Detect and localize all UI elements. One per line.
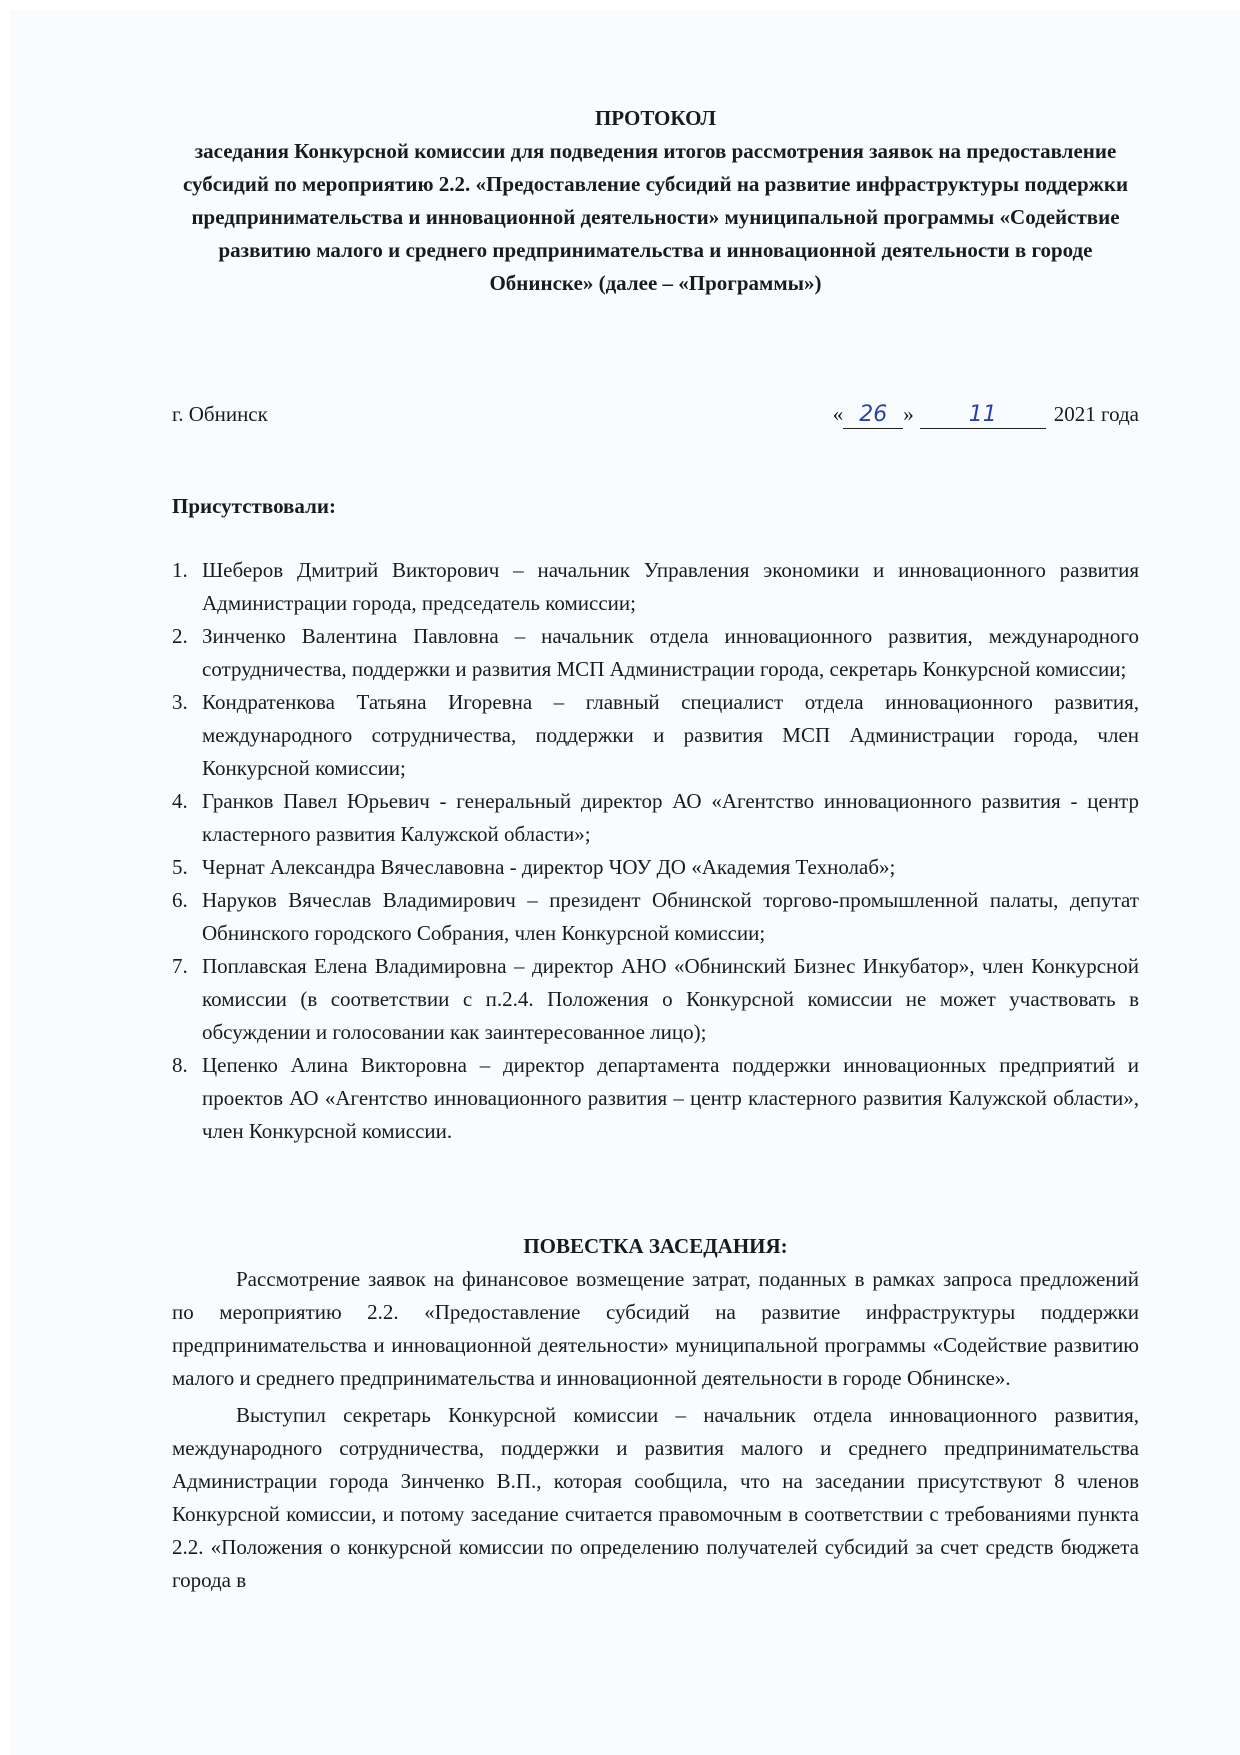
member-item: 8.Цепенко Алина Викторовна – директор де…: [172, 1049, 1139, 1148]
document-subtitle: заседания Конкурсной комиссии для подвед…: [172, 135, 1139, 300]
date: «26»112021 года: [833, 398, 1139, 431]
present-heading: Присутствовали:: [172, 490, 336, 523]
handwritten-month: 11: [920, 402, 1046, 429]
agenda-title: ПОВЕСТКА ЗАСЕДАНИЯ:: [172, 1230, 1139, 1263]
members-list: 1.Шеберов Дмитрий Викторович – начальник…: [172, 554, 1139, 1148]
open-quote: «: [833, 402, 844, 426]
member-item: 3.Кондратенкова Татьяна Игоревна – главн…: [172, 686, 1139, 785]
member-number: 8.: [172, 1049, 188, 1082]
member-text: Чернат Александра Вячеславовна - директо…: [202, 855, 895, 879]
member-text: Зинченко Валентина Павловна – начальник …: [202, 624, 1139, 681]
member-text: Гранков Павел Юрьевич - генеральный дире…: [202, 789, 1139, 846]
member-text: Кондратенкова Татьяна Игоревна – главный…: [202, 690, 1139, 780]
agenda-paragraph: Рассмотрение заявок на финансовое возмещ…: [172, 1263, 1139, 1395]
year: 2021 года: [1054, 402, 1139, 426]
handwritten-day: 26: [843, 402, 903, 429]
close-quote: »: [903, 402, 914, 426]
document-body: ПРОТОКОЛ заседания Конкурсной комиссии д…: [172, 102, 1139, 300]
member-text: Наруков Вячеслав Владимирович – президен…: [202, 888, 1139, 945]
document-page: ПРОТОКОЛ заседания Конкурсной комиссии д…: [10, 10, 1240, 1755]
member-text: Поплавская Елена Владимировна – директор…: [202, 954, 1139, 1044]
member-item: 5.Чернат Александра Вячеславовна - дирек…: [172, 851, 1139, 884]
member-text: Цепенко Алина Викторовна – директор депа…: [202, 1053, 1139, 1143]
document-title: ПРОТОКОЛ: [172, 102, 1139, 135]
member-item: 7.Поплавская Елена Владимировна – директ…: [172, 950, 1139, 1049]
member-text: Шеберов Дмитрий Викторович – начальник У…: [202, 558, 1139, 615]
member-number: 7.: [172, 950, 188, 983]
member-item: 4.Гранков Павел Юрьевич - генеральный ди…: [172, 785, 1139, 851]
member-number: 2.: [172, 620, 188, 653]
member-number: 3.: [172, 686, 188, 719]
agenda-paragraph: Выступил секретарь Конкурсной комиссии –…: [172, 1399, 1139, 1597]
agenda-section: ПОВЕСТКА ЗАСЕДАНИЯ: Рассмотрение заявок …: [172, 1230, 1139, 1597]
member-number: 6.: [172, 884, 188, 917]
member-number: 1.: [172, 554, 188, 587]
member-number: 5.: [172, 851, 188, 884]
place-date-line: г. Обнинск «26»112021 года: [172, 398, 1139, 431]
member-number: 4.: [172, 785, 188, 818]
member-item: 2.Зинченко Валентина Павловна – начальни…: [172, 620, 1139, 686]
member-item: 1.Шеберов Дмитрий Викторович – начальник…: [172, 554, 1139, 620]
member-item: 6.Наруков Вячеслав Владимирович – презид…: [172, 884, 1139, 950]
place: г. Обнинск: [172, 398, 268, 431]
